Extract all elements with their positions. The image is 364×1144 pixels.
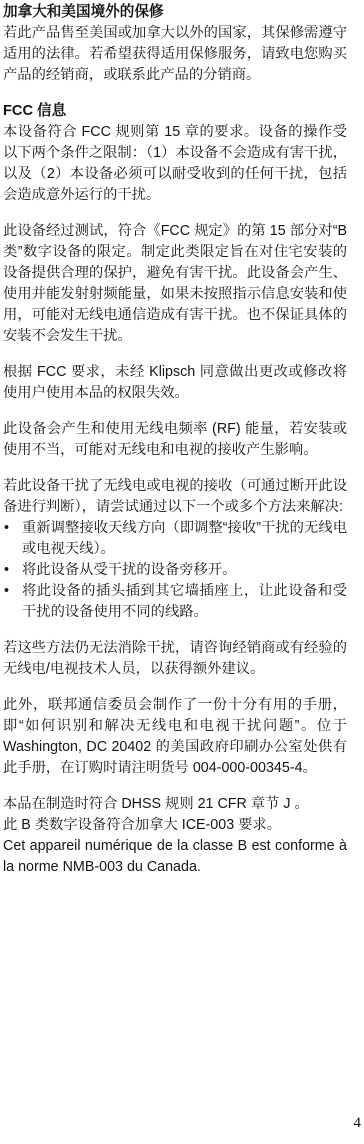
remedy-reorient-antenna: 重新调整接收天线方向（即调整“接收”干扰的无线电或电视天线）。 [22, 520, 347, 557]
list-item: • 将此设备从受干扰的设备旁移开。 [3, 560, 347, 581]
line-dhss-compliance: 本品在制造时符合 DHSS 规则 21 CFR 章节 J 。 [3, 794, 347, 815]
para-warranty-outside: 若此产品售至美国或加拿大以外的国家，其保修需遵守适用的法律。若希望获得适用保修服… [3, 23, 347, 86]
page-number: 4 [354, 1113, 362, 1134]
para-dealer-advice: 若这些方法仍无法消除干扰，请咨询经销商或有经验的无线电/电视技术人员，以获得额外… [3, 638, 347, 680]
line-french-compliance: Cet appareil numérique de la classe B es… [3, 836, 347, 878]
remedy-different-outlet: 将此设备的插头插到其它墙插座上，让此设备和受干扰的设备使用不同的线路。 [22, 583, 347, 620]
para-rf-energy: 此设备会产生和使用无线电频率 (RF) 能量，若安装或使用不当，可能对无线电和电… [3, 419, 347, 461]
para-fcc-class-b: 此设备经过测试，符合《FCC 规定》的第 15 部分对“B 类”数字设备的限定。… [3, 221, 347, 347]
para-remedies-intro: 若此设备干扰了无线电或电视的接收（可通过断开此设备进行判断），请尝试通过以下一个… [3, 476, 347, 518]
bullet-icon: • [4, 518, 9, 539]
line-ices-compliance: 此 B 类数字设备符合加拿大 ICE-003 要求。 [3, 815, 347, 836]
remedy-move-device: 将此设备从受干扰的设备旁移开。 [22, 562, 236, 578]
manual-page: 加拿大和美国境外的保修 若此产品售至美国或加拿大以外的国家，其保修需遵守适用的法… [0, 0, 364, 1144]
heading-fcc-information: FCC 信息 [3, 101, 347, 122]
bullet-icon: • [4, 560, 9, 581]
para-fcc-part15: 本设备符合 FCC 规则第 15 章的要求。设备的操作受以下两个条件之限制：（1… [3, 122, 347, 206]
heading-warranty-outside-us-canada: 加拿大和美国境外的保修 [3, 2, 347, 23]
bullet-icon: • [4, 581, 9, 602]
para-fcc-changes: 根据 FCC 要求，未经 Klipsch 同意做出更改或修改将使用户使用本品的权… [3, 362, 347, 404]
page-content: 加拿大和美国境外的保修 若此产品售至美国或加拿大以外的国家，其保修需遵守适用的法… [0, 0, 364, 878]
list-item: • 将此设备的插头插到其它墙插座上，让此设备和受干扰的设备使用不同的线路。 [3, 581, 347, 623]
remedies-list: • 重新调整接收天线方向（即调整“接收”干扰的无线电或电视天线）。 • 将此设备… [3, 518, 347, 623]
list-item: • 重新调整接收天线方向（即调整“接收”干扰的无线电或电视天线）。 [3, 518, 347, 560]
para-fcc-booklet: 此外，联邦通信委员会制作了一份十分有用的手册，即“如何识别和解决无线电和电视干扰… [3, 695, 347, 779]
compliance-block: 本品在制造时符合 DHSS 规则 21 CFR 章节 J 。 此 B 类数字设备… [3, 794, 347, 878]
